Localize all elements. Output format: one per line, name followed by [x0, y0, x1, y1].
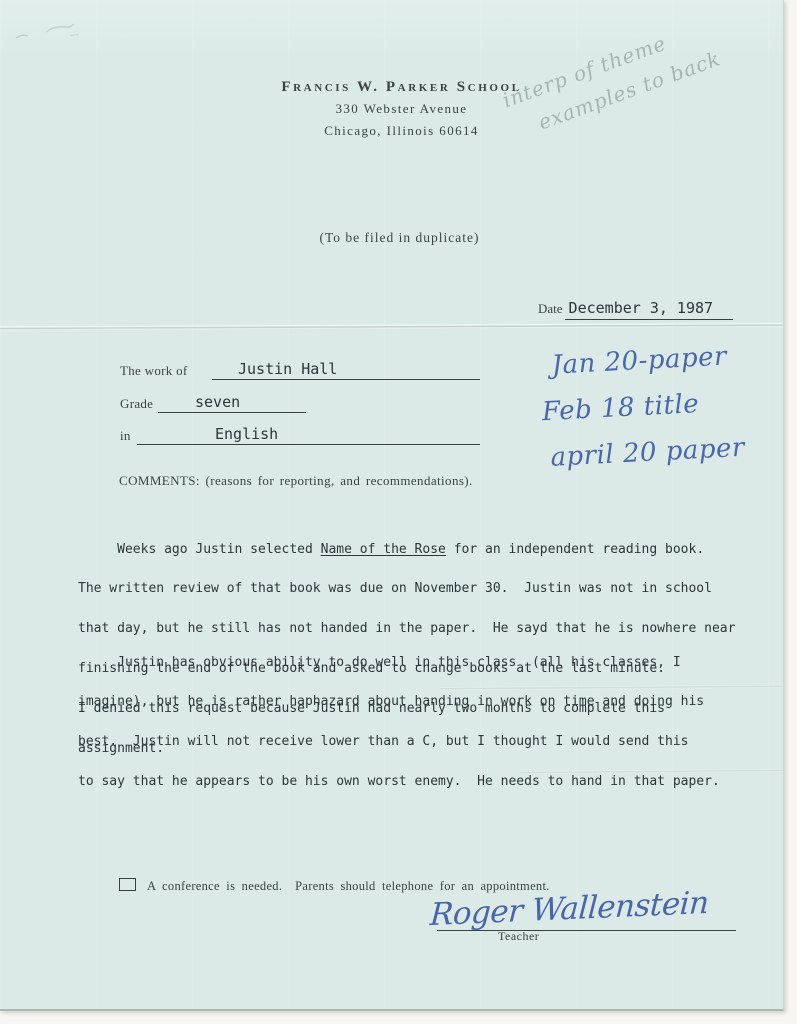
- scanned-document: Francis W. Parker School 330 Webster Ave…: [0, 0, 797, 1024]
- subject-underline: English: [137, 425, 480, 445]
- work-of-underline: Justin Hall: [212, 360, 480, 380]
- paragraph-line: Justin has obvious ability to do well in…: [78, 656, 720, 669]
- date-underline: December 3, 1987: [565, 299, 733, 320]
- pencil-scribble-icon: [12, 20, 98, 46]
- grade-value: seven: [158, 393, 240, 411]
- paper-sheet: Francis W. Parker School 330 Webster Ave…: [0, 0, 784, 1011]
- line-text: for an independent reading book.: [446, 542, 704, 557]
- filing-instruction: (To be filed in duplicate): [8, 230, 791, 246]
- paragraph-line: to say that he appears to be his own wor…: [78, 775, 720, 788]
- date-label: Date: [538, 301, 563, 316]
- work-of-value: Justin Hall: [212, 360, 337, 378]
- work-of-label: The work of: [120, 363, 188, 379]
- grade-underline: seven: [158, 393, 306, 413]
- fold-crease: [0, 322, 783, 330]
- subject-value: English: [137, 425, 278, 443]
- paragraph-line: imagine), but he is rather haphazard abo…: [78, 695, 720, 708]
- conference-row: A conference is needed. Parents should t…: [119, 877, 550, 895]
- margin-note-line3: april 20 paper: [549, 425, 746, 481]
- conference-text: A conference is needed. Parents should t…: [147, 879, 550, 893]
- line-text: Weeks ago Justin selected: [78, 542, 321, 557]
- grade-label: Grade: [120, 396, 153, 412]
- comments-paragraph-2: Justin has obvious ability to do well in…: [78, 629, 720, 815]
- date-value: December 3, 1987: [565, 299, 714, 317]
- conference-checkbox: [119, 878, 136, 891]
- teacher-label: Teacher: [498, 929, 539, 944]
- school-address-city: Chicago, Illinois 60614: [10, 120, 793, 142]
- paragraph-line: Weeks ago Justin selected Name of the Ro…: [78, 543, 735, 556]
- date-row: DateDecember 3, 1987: [538, 299, 733, 320]
- book-title-underlined: Name of the Rose: [321, 542, 446, 557]
- comments-heading: COMMENTS: (reasons for reporting, and re…: [119, 473, 473, 489]
- blue-ink-margin-notes: Jan 20-paper Feb 18 title april 20 paper: [539, 333, 746, 481]
- school-address-street: 330 Webster Avenue: [10, 98, 793, 120]
- paragraph-line: The written review of that book was due …: [78, 582, 735, 595]
- paragraph-line: best. Justin will not receive lower than…: [78, 735, 720, 748]
- margin-note-line1: Jan 20-paper: [551, 333, 742, 389]
- subject-label: in: [120, 428, 131, 444]
